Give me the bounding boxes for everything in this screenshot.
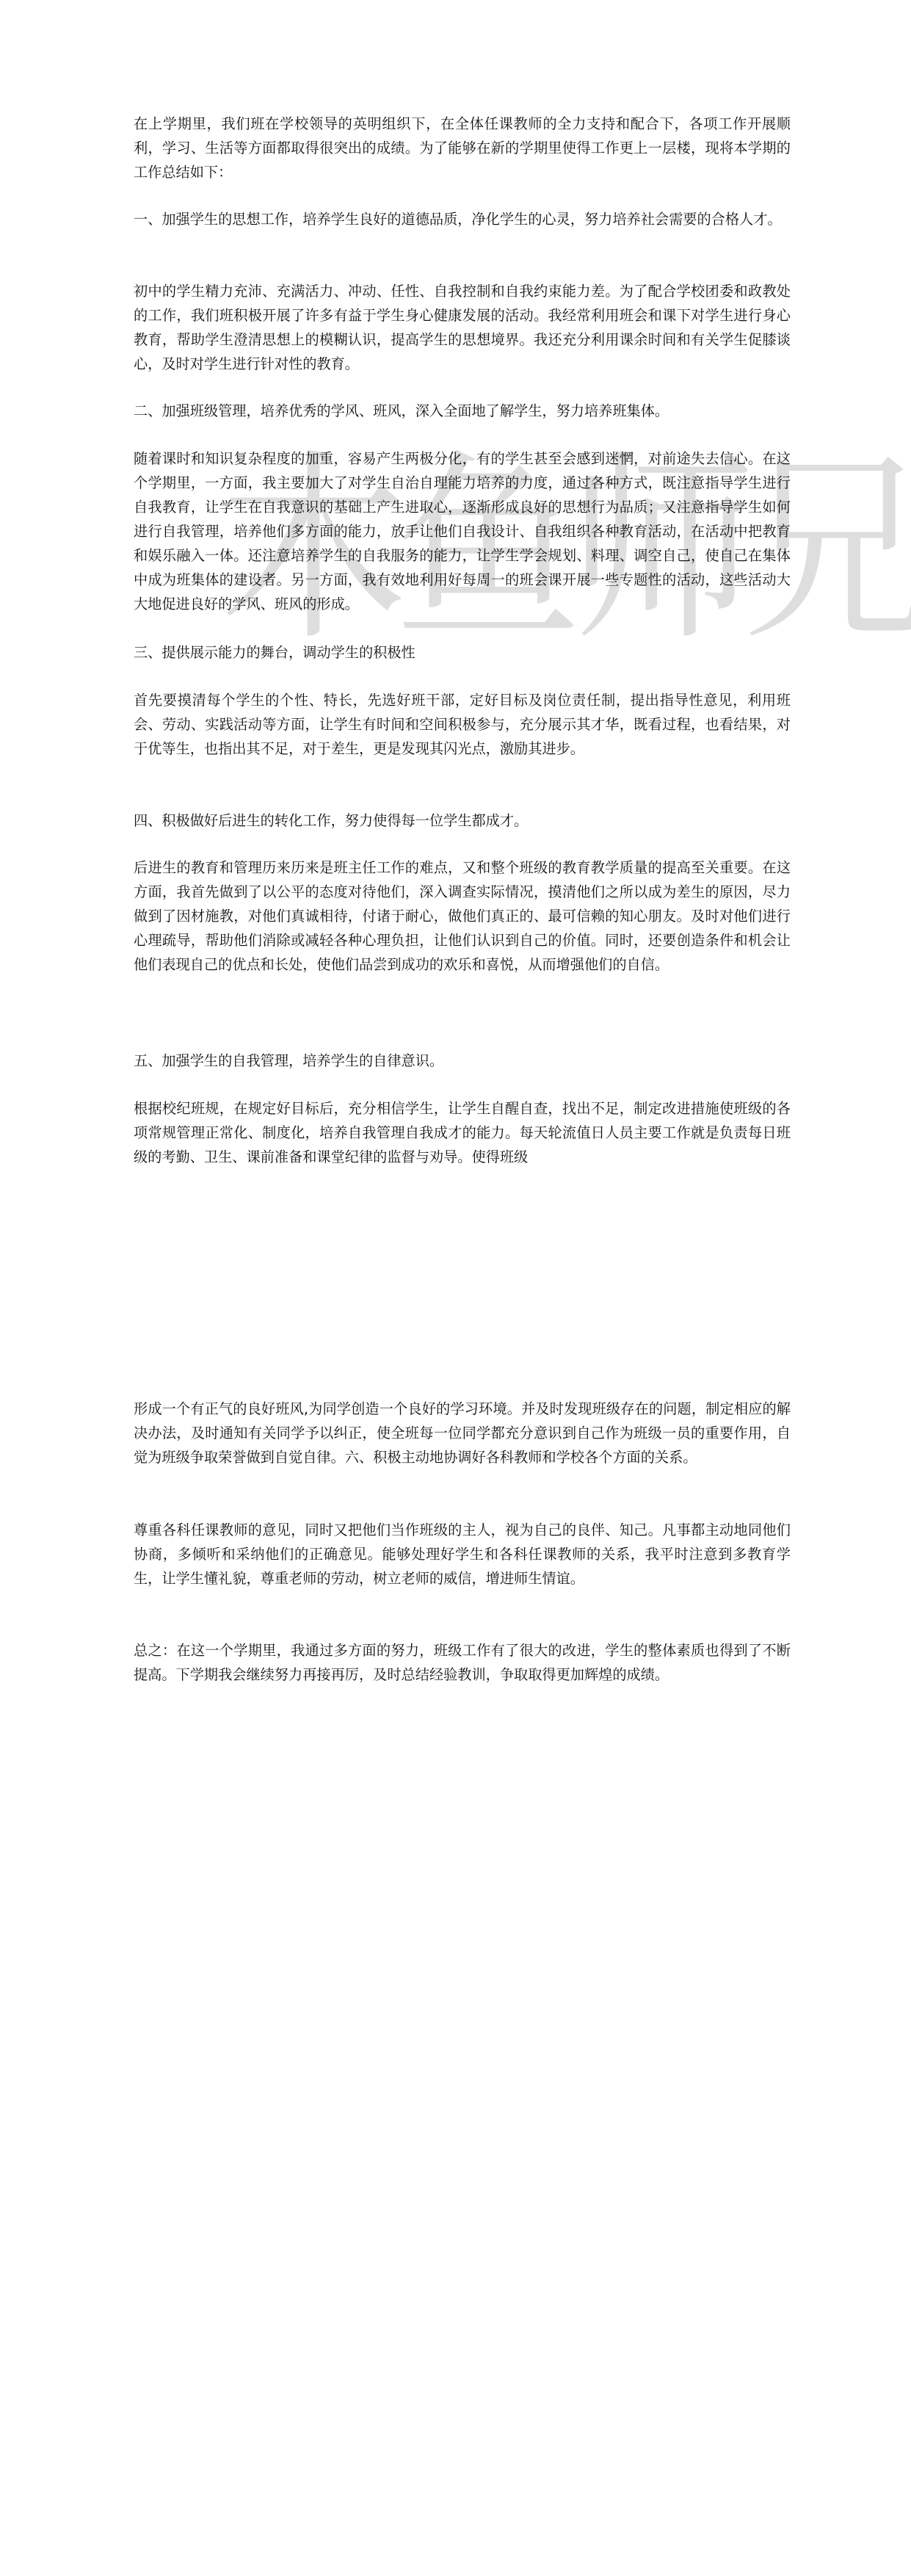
intro-paragraph: 在上学期里，我们班在学校领导的英明组织下，在全体任课教师的全力支持和配合下，各项…	[134, 112, 791, 184]
document-page: 木鱼师兄 在上学期里，我们班在学校领导的英明组织下，在全体任课教师的全力支持和配…	[0, 0, 911, 2576]
section-1-body: 初中的学生精力充沛、充满活力、冲动、任性、自我控制和自我约束能力差。为了配合学校…	[134, 279, 791, 376]
section-4-heading: 四、积极做好后进生的转化工作，努力使得每一位学生都成才。	[134, 808, 791, 833]
section-3-body: 首先要摸清每个学生的个性、特长，先选好班干部，定好目标及岗位责任制，提出指导性意…	[134, 688, 791, 761]
section-5-continuation: 形成一个有正气的良好班风,为同学创造一个良好的学习环境。并及时发现班级存在的问题…	[134, 1397, 791, 1469]
section-2-body: 随着课时和知识复杂程度的加重，容易产生两极分化，有的学生甚至会感到迷惘，对前途失…	[134, 446, 791, 616]
section-5-body: 根据校纪班规，在规定好目标后，充分相信学生，让学生自醒自查，找出不足，制定改进措…	[134, 1096, 791, 1169]
section-3-heading: 三、提供展示能力的舞台，调动学生的积极性	[134, 640, 791, 665]
section-2-heading: 二、加强班级管理，培养优秀的学风、班风，深入全面地了解学生，努力培养班集体。	[134, 399, 791, 423]
section-5-heading: 五、加强学生的自我管理，培养学生的自律意识。	[134, 1049, 791, 1073]
conclusion-paragraph: 总之：在这一个学期里，我通过多方面的努力，班级工作有了很大的改进，学生的整体素质…	[134, 1638, 791, 1687]
section-1-heading: 一、加强学生的思想工作，培养学生良好的道德品质，净化学生的心灵，努力培养社会需要…	[134, 207, 791, 231]
section-6-body: 尊重各科任课教师的意见，同时又把他们当作班级的主人，视为自己的良伴、知己。凡事都…	[134, 1518, 791, 1591]
section-4-body: 后进生的教育和管理历来历来是班主任工作的难点，又和整个班级的教育教学质量的提高至…	[134, 855, 791, 977]
